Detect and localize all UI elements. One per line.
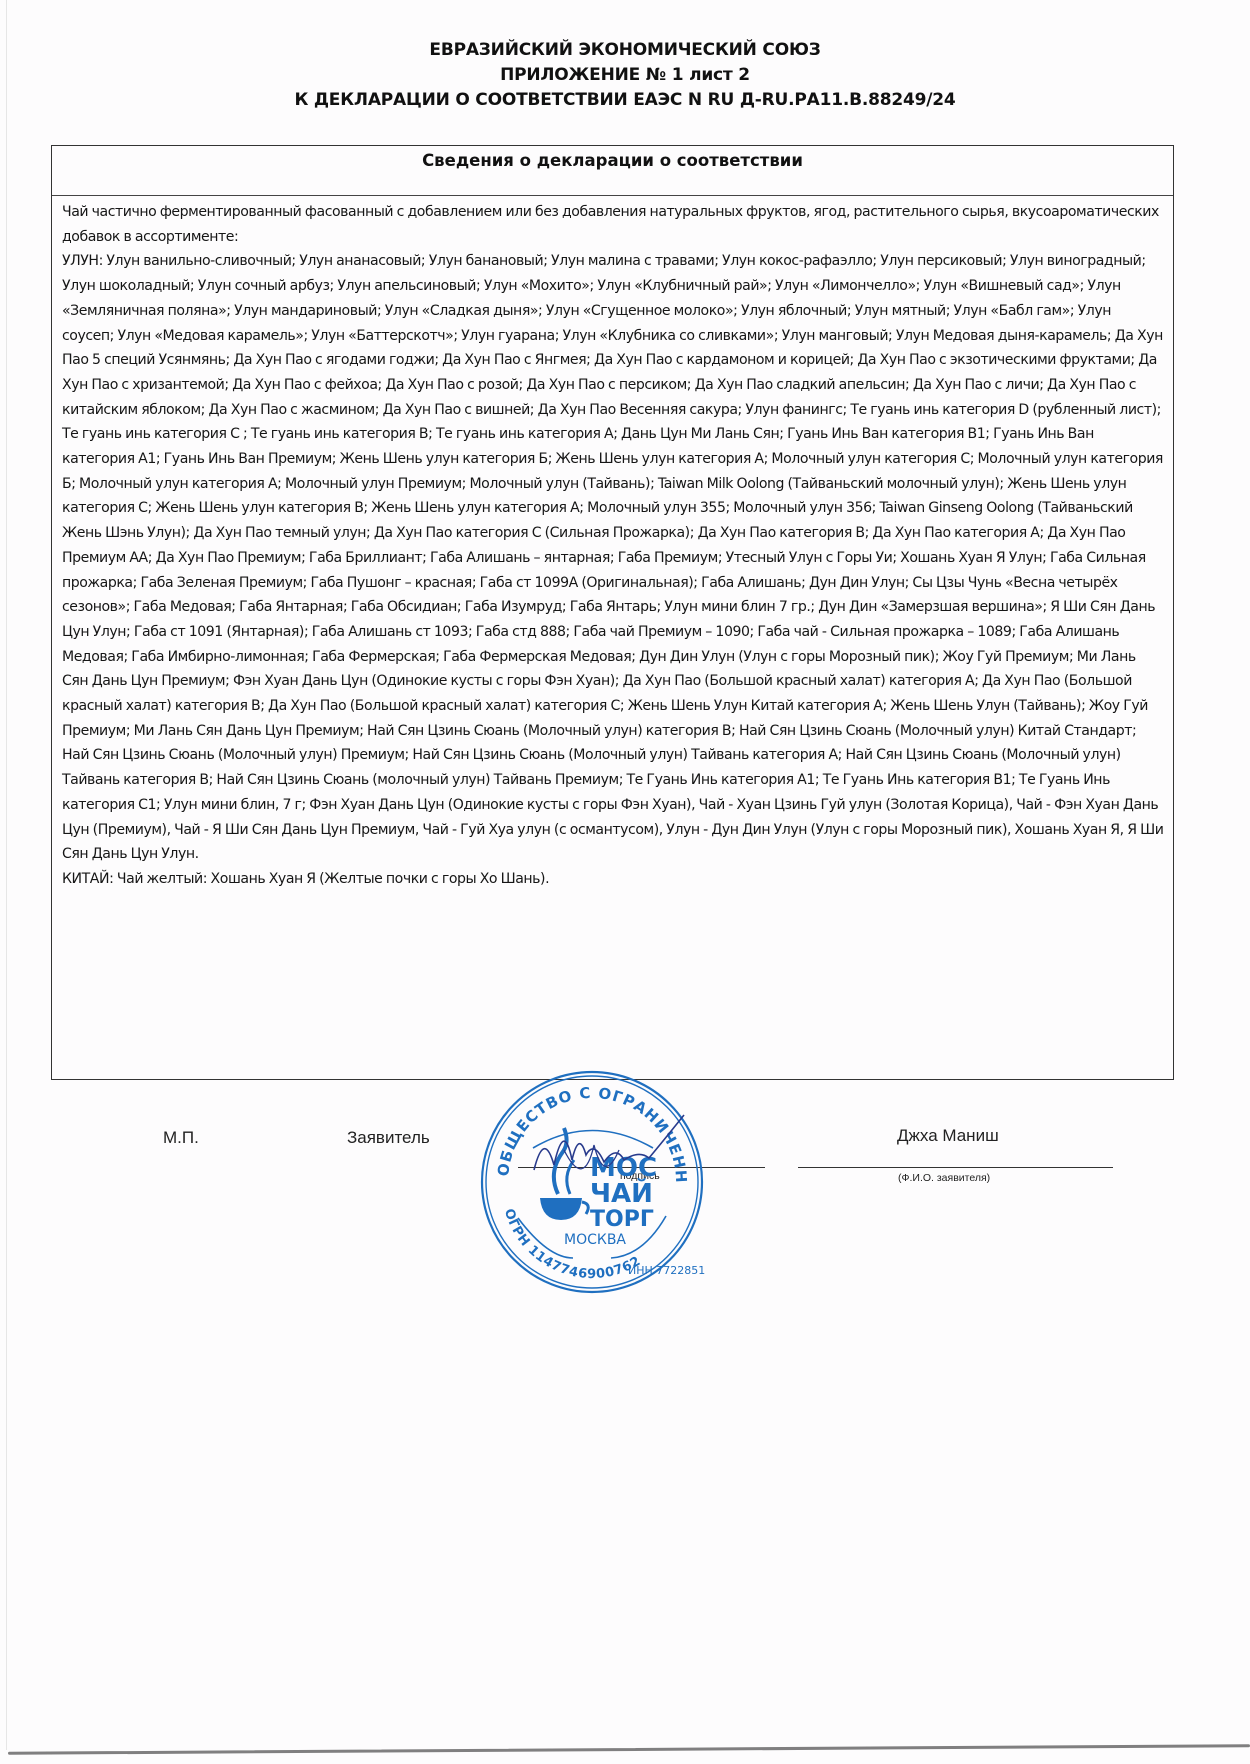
section-title: Сведения о декларации о соответствии <box>52 146 1173 196</box>
stamp-inn: ИНН 7722851564 <box>628 1264 706 1277</box>
seal-label: М.П. <box>163 1128 199 1148</box>
header-union: ЕВРАЗИЙСКИЙ ЭКОНОМИЧЕСКИЙ СОЮЗ <box>0 38 1250 63</box>
name-line <box>798 1167 1113 1168</box>
stamp-logo-line3: ТОРГ <box>590 1207 654 1232</box>
declaration-info-frame: Сведения о декларации о соответствии Чай… <box>51 145 1174 1080</box>
stamp-city: МОСКВА <box>564 1232 626 1248</box>
handwritten-signature <box>524 1110 694 1200</box>
section-body: Чай частично ферментированный фасованный… <box>52 196 1173 892</box>
teacup-icon <box>540 1198 582 1220</box>
document-header: ЕВРАЗИЙСКИЙ ЭКОНОМИЧЕСКИЙ СОЮЗ ПРИЛОЖЕНИ… <box>0 38 1250 113</box>
header-declaration-number: К ДЕКЛАРАЦИИ О СООТВЕТСТВИИ ЕАЭС N RU Д-… <box>0 88 1250 113</box>
product-intro: Чай частично ферментированный фасованный… <box>62 200 1165 249</box>
applicant-label: Заявитель <box>347 1128 430 1148</box>
china-yellow-tea: КИТАЙ: Чай желтый: Хошань Хуан Я (Желтые… <box>62 867 1165 892</box>
page-bottom-edge <box>8 1744 1250 1755</box>
name-caption: (Ф.И.О. заявителя) <box>898 1172 990 1184</box>
header-appendix: ПРИЛОЖЕНИЕ № 1 лист 2 <box>0 63 1250 88</box>
page-edge <box>6 0 7 1750</box>
oolong-list: УЛУН: Улун ванильно-сливочный; Улун анан… <box>62 249 1165 867</box>
applicant-name: Джха Маниш <box>897 1126 999 1146</box>
